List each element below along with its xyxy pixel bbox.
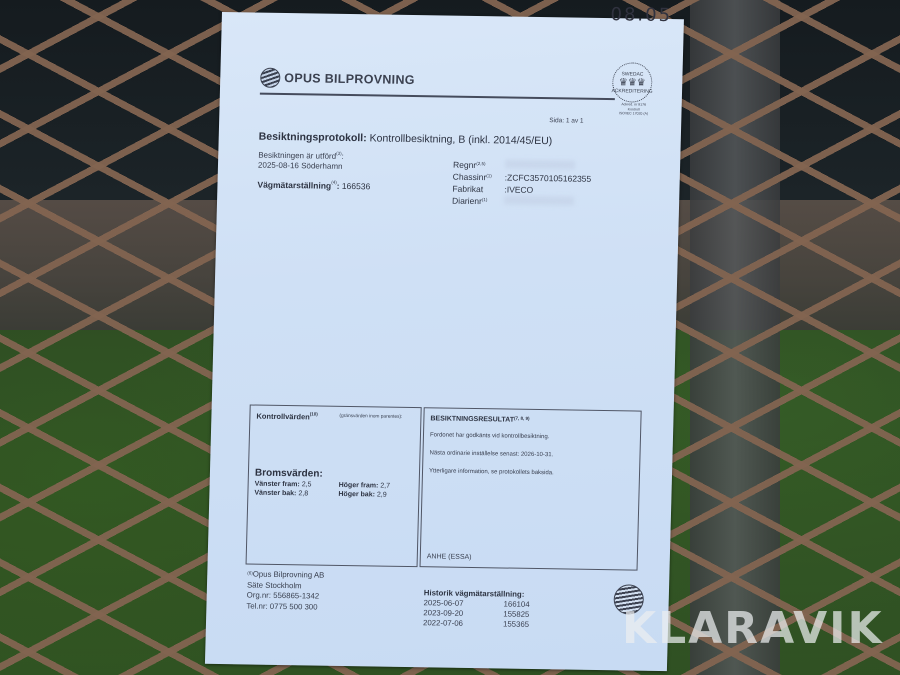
redacted-value — [505, 159, 575, 169]
history-value: 155365 — [503, 619, 563, 630]
brake-label: Vänster fram: — [255, 481, 300, 489]
brake-front-left: Vänster fram: 2,5 — [255, 481, 339, 489]
title-bold: Besiktningsprotokoll: — [259, 131, 367, 145]
company-phone: Tel.nr: 0775 500 300 — [246, 601, 323, 613]
company-name-text: Opus Bilprovning AB — [253, 570, 325, 580]
inspection-label-text: Besiktningen är utförd — [258, 151, 336, 161]
vehicle-row-diarienr: Diarienr(1) — [452, 195, 591, 209]
result-next-inspection: Nästa ordinarie inställelse senast: 2026… — [429, 450, 553, 458]
heading-text: Kontrollvärden — [256, 412, 310, 422]
brake-label: Höger fram: — [339, 482, 379, 490]
logo-text: OPUS BILPROVNING — [284, 71, 415, 87]
brake-value: 2,7 — [380, 483, 390, 490]
history-date: 2022-07-06 — [423, 618, 503, 629]
field-label: Regnr — [453, 160, 476, 170]
odometer-label: Vägmätarställning — [257, 180, 331, 191]
brake-value: 2,9 — [377, 491, 387, 498]
footnote-ref: (4) — [331, 180, 337, 185]
brake-value: 2,8 — [298, 490, 308, 497]
footnote-ref: (3) — [336, 151, 342, 156]
brake-rear-right: Höger bak: 2,9 — [338, 491, 418, 499]
brake-rear-left: Vänster bak: 2,8 — [254, 490, 338, 498]
company-name: (6)Opus Bilprovning AB — [247, 569, 324, 581]
history-row: 2022-07-06155365 — [423, 618, 563, 630]
page-indicator: Sida: 1 av 1 — [549, 117, 584, 125]
company-logo: OPUS BILPROVNING — [260, 68, 415, 90]
inspection-protocol-document: 08.05 OPUS BILPROVNING SWEDAC ♛♛♛ ACKRED… — [205, 12, 684, 671]
redacted-value — [504, 195, 574, 205]
heading-text: BESIKTNINGSRESULTAT — [430, 415, 514, 423]
company-info: (6)Opus Bilprovning AB Säte Stockholm Or… — [246, 569, 324, 612]
accreditation-standard: ISO/IEC 17020 (A) — [611, 111, 655, 116]
accreditation-subtext: Ackred. nr 8176 Kontroll ISO/IEC 17020 (… — [611, 102, 655, 116]
protocol-title: Besiktningsprotokoll: Kontrollbesiktning… — [259, 131, 553, 148]
brake-label: Höger bak: — [338, 491, 375, 499]
footnote-ref: (1) — [486, 173, 492, 178]
company-org-number: Org.nr: 556865-1342 — [247, 590, 324, 602]
footnote-ref: (1) — [482, 197, 488, 202]
brake-values-grid: Vänster fram: 2,5 Höger fram: 2,7 Vänste… — [254, 481, 418, 500]
title-rest: Kontrollbesiktning, B (inkl. 2014/45/EU) — [367, 132, 553, 147]
result-more-info: Ytterligare information, se protokollets… — [429, 468, 554, 476]
field-label: Chassinr — [453, 172, 487, 183]
manufacturer: :IVECO — [504, 183, 533, 195]
footnote-ref: (10) — [310, 411, 318, 416]
field-label: Fabrikat — [452, 183, 504, 196]
inspector-signature: ANHE (ESSA) — [427, 553, 472, 561]
inspection-date-location: 2025-08-16 Söderhamn — [258, 161, 343, 171]
footnote-ref: (7, 8, 9) — [514, 416, 530, 421]
brake-values-title: Bromsvärden: — [255, 468, 323, 480]
handwritten-note: 08.05 — [610, 4, 672, 26]
inspection-label: Besiktningen är utförd(3): — [258, 151, 344, 161]
inspection-result-box: BESIKTNINGSRESULTAT(7, 8, 9) Fordonet ha… — [420, 407, 642, 570]
brake-value: 2,5 — [302, 481, 312, 488]
odometer-value: 166536 — [342, 181, 371, 191]
footnote-ref: (2,5) — [476, 161, 485, 166]
seal-ring — [612, 62, 653, 103]
result-heading: BESIKTNINGSRESULTAT(7, 8, 9) — [430, 415, 529, 424]
control-values-heading: Kontrollvärden(10) — [256, 412, 318, 422]
header-rule — [260, 93, 615, 100]
result-approved: Fordonet har godkänts vid kontrollbesikt… — [430, 432, 550, 440]
footnote-ref: (6) — [247, 570, 253, 575]
vehicle-info: Regnr(2,5) Chassinr(1) :ZCFC357010516235… — [452, 159, 592, 209]
limit-values-hint: (gränsvärden inom parentes): — [339, 414, 402, 420]
globe-icon — [260, 68, 281, 88]
brake-front-right: Höger fram: 2,7 — [339, 482, 419, 490]
field-label: Diarienr — [452, 196, 482, 206]
odometer-history: Historik vägmätarställning: 2025-06-0716… — [423, 588, 564, 630]
brake-label: Vänster bak: — [254, 490, 296, 498]
control-values-box: Kontrollvärden(10) (gränsvärden inom par… — [246, 404, 422, 567]
swedac-accreditation-seal: SWEDAC ♛♛♛ ACKREDITERING — [612, 62, 653, 103]
klaravik-watermark: KLARAVIK — [622, 603, 884, 654]
odometer-reading: Vägmätarställning(4): 166536 — [257, 180, 370, 192]
